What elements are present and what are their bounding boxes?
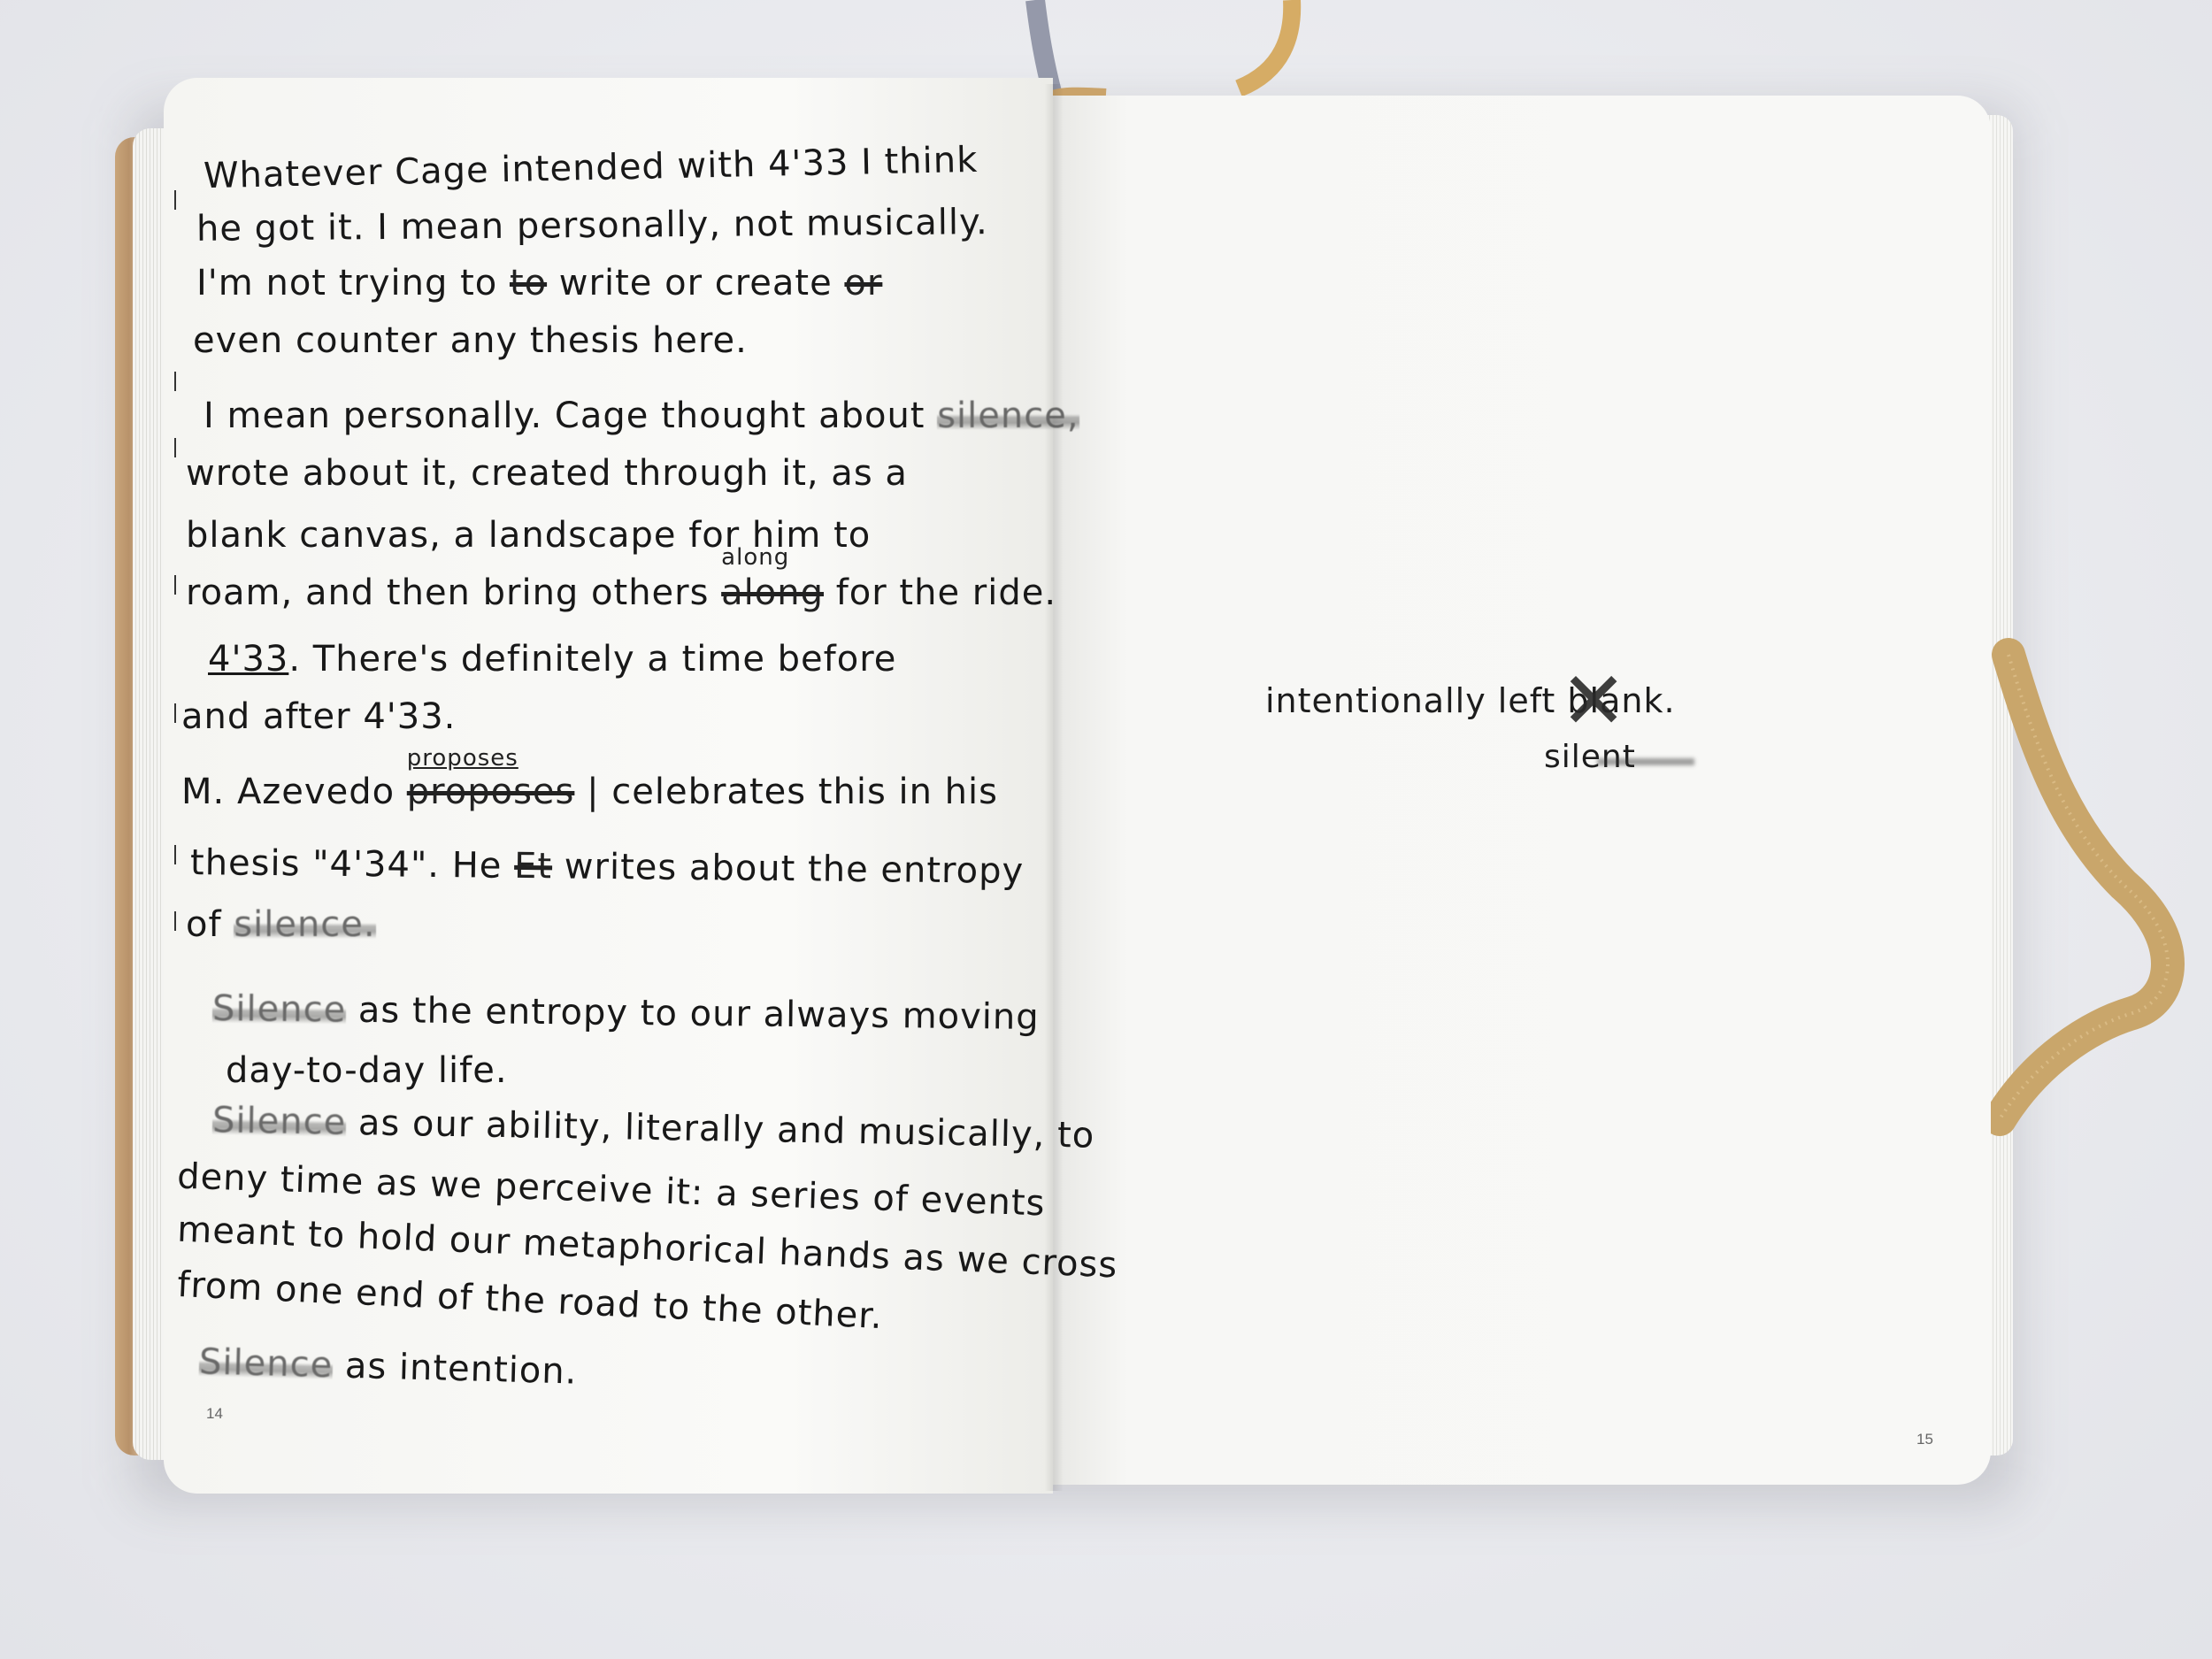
line-segment: for the ride. — [824, 572, 1056, 613]
struck-word: proposesproposes — [407, 772, 575, 812]
struck-word: to — [510, 263, 547, 303]
line-segment: write or create — [547, 263, 844, 303]
margin-mark — [174, 190, 176, 210]
smudged-word: silence. — [234, 907, 375, 942]
struck-word: Et — [514, 846, 552, 887]
note-text: intentionally left — [1265, 681, 1567, 720]
text-line: wrote about it, created through it, as a — [186, 456, 908, 491]
text-line: roam, and then bring others alongalong f… — [186, 575, 1056, 611]
page-number-left: 14 — [206, 1405, 223, 1423]
text-line: he got it. I mean personally, not musica… — [196, 204, 988, 247]
underlined-title: 4'33 — [208, 639, 288, 680]
inserted-word: proposes — [407, 747, 518, 770]
line-segment: thesis "4'34". He — [190, 842, 515, 887]
margin-mark — [174, 438, 176, 457]
text-line: M. Azevedo proposesproposes | celebrates… — [181, 774, 998, 810]
right-page-note: intentionally left blank✕. — [1265, 681, 1676, 720]
margin-mark — [174, 372, 176, 391]
page-number-right: 15 — [1916, 1431, 1933, 1448]
line-segment: . There's definitely a time before — [288, 639, 896, 680]
text-line: Silence as intention. — [199, 1344, 578, 1389]
struck-word: or — [844, 263, 882, 303]
text-line: and after 4'33. — [181, 699, 456, 734]
text-line: of silence. — [186, 907, 376, 942]
text-line: I mean personally. Cage thought about si… — [204, 398, 1079, 434]
line-segment: roam, and then bring others — [186, 572, 721, 613]
margin-mark — [174, 845, 176, 864]
crossed-out-word: blank✕ — [1567, 681, 1663, 720]
text-line: even counter any thesis here. — [193, 323, 748, 358]
line-segment: | celebrates this in his — [574, 772, 998, 812]
line-segment: writes about the entropy — [552, 846, 1025, 892]
line-segment: I'm not trying to — [196, 263, 510, 303]
note-punctuation: . — [1663, 681, 1675, 720]
margin-mark — [174, 575, 176, 595]
smudged-word: Silence — [212, 991, 347, 1028]
line-segment: M. Azevedo — [181, 772, 407, 812]
smudged-word: Silence — [199, 1344, 334, 1383]
line-segment: as the entropy to our always moving — [346, 990, 1040, 1038]
text-line: day-to-day life. — [226, 1053, 508, 1088]
smudged-word: Silence — [212, 1102, 347, 1141]
smudged-word: silence, — [937, 398, 1079, 434]
text-line: thesis "4'34". He Et writes about the en… — [190, 845, 1025, 889]
text-line: Silence as the entropy to our always mov… — [212, 991, 1040, 1035]
cross-mark-icon: ✕ — [1560, 662, 1627, 741]
text-line: I'm not trying to to write or create or — [196, 265, 882, 301]
line-segment: I mean personally. Cage thought about — [204, 396, 937, 436]
text-line: 4'33. There's definitely a time before — [208, 641, 896, 677]
line-segment: of — [186, 904, 234, 945]
inserted-word: along — [721, 546, 789, 569]
replacement-word: silent — [1544, 739, 1636, 775]
margin-mark — [174, 911, 176, 931]
line-segment: as intention. — [333, 1345, 578, 1392]
margin-mark — [174, 703, 176, 723]
right-page — [1053, 96, 1991, 1485]
struck-word: alongalong — [721, 572, 824, 613]
